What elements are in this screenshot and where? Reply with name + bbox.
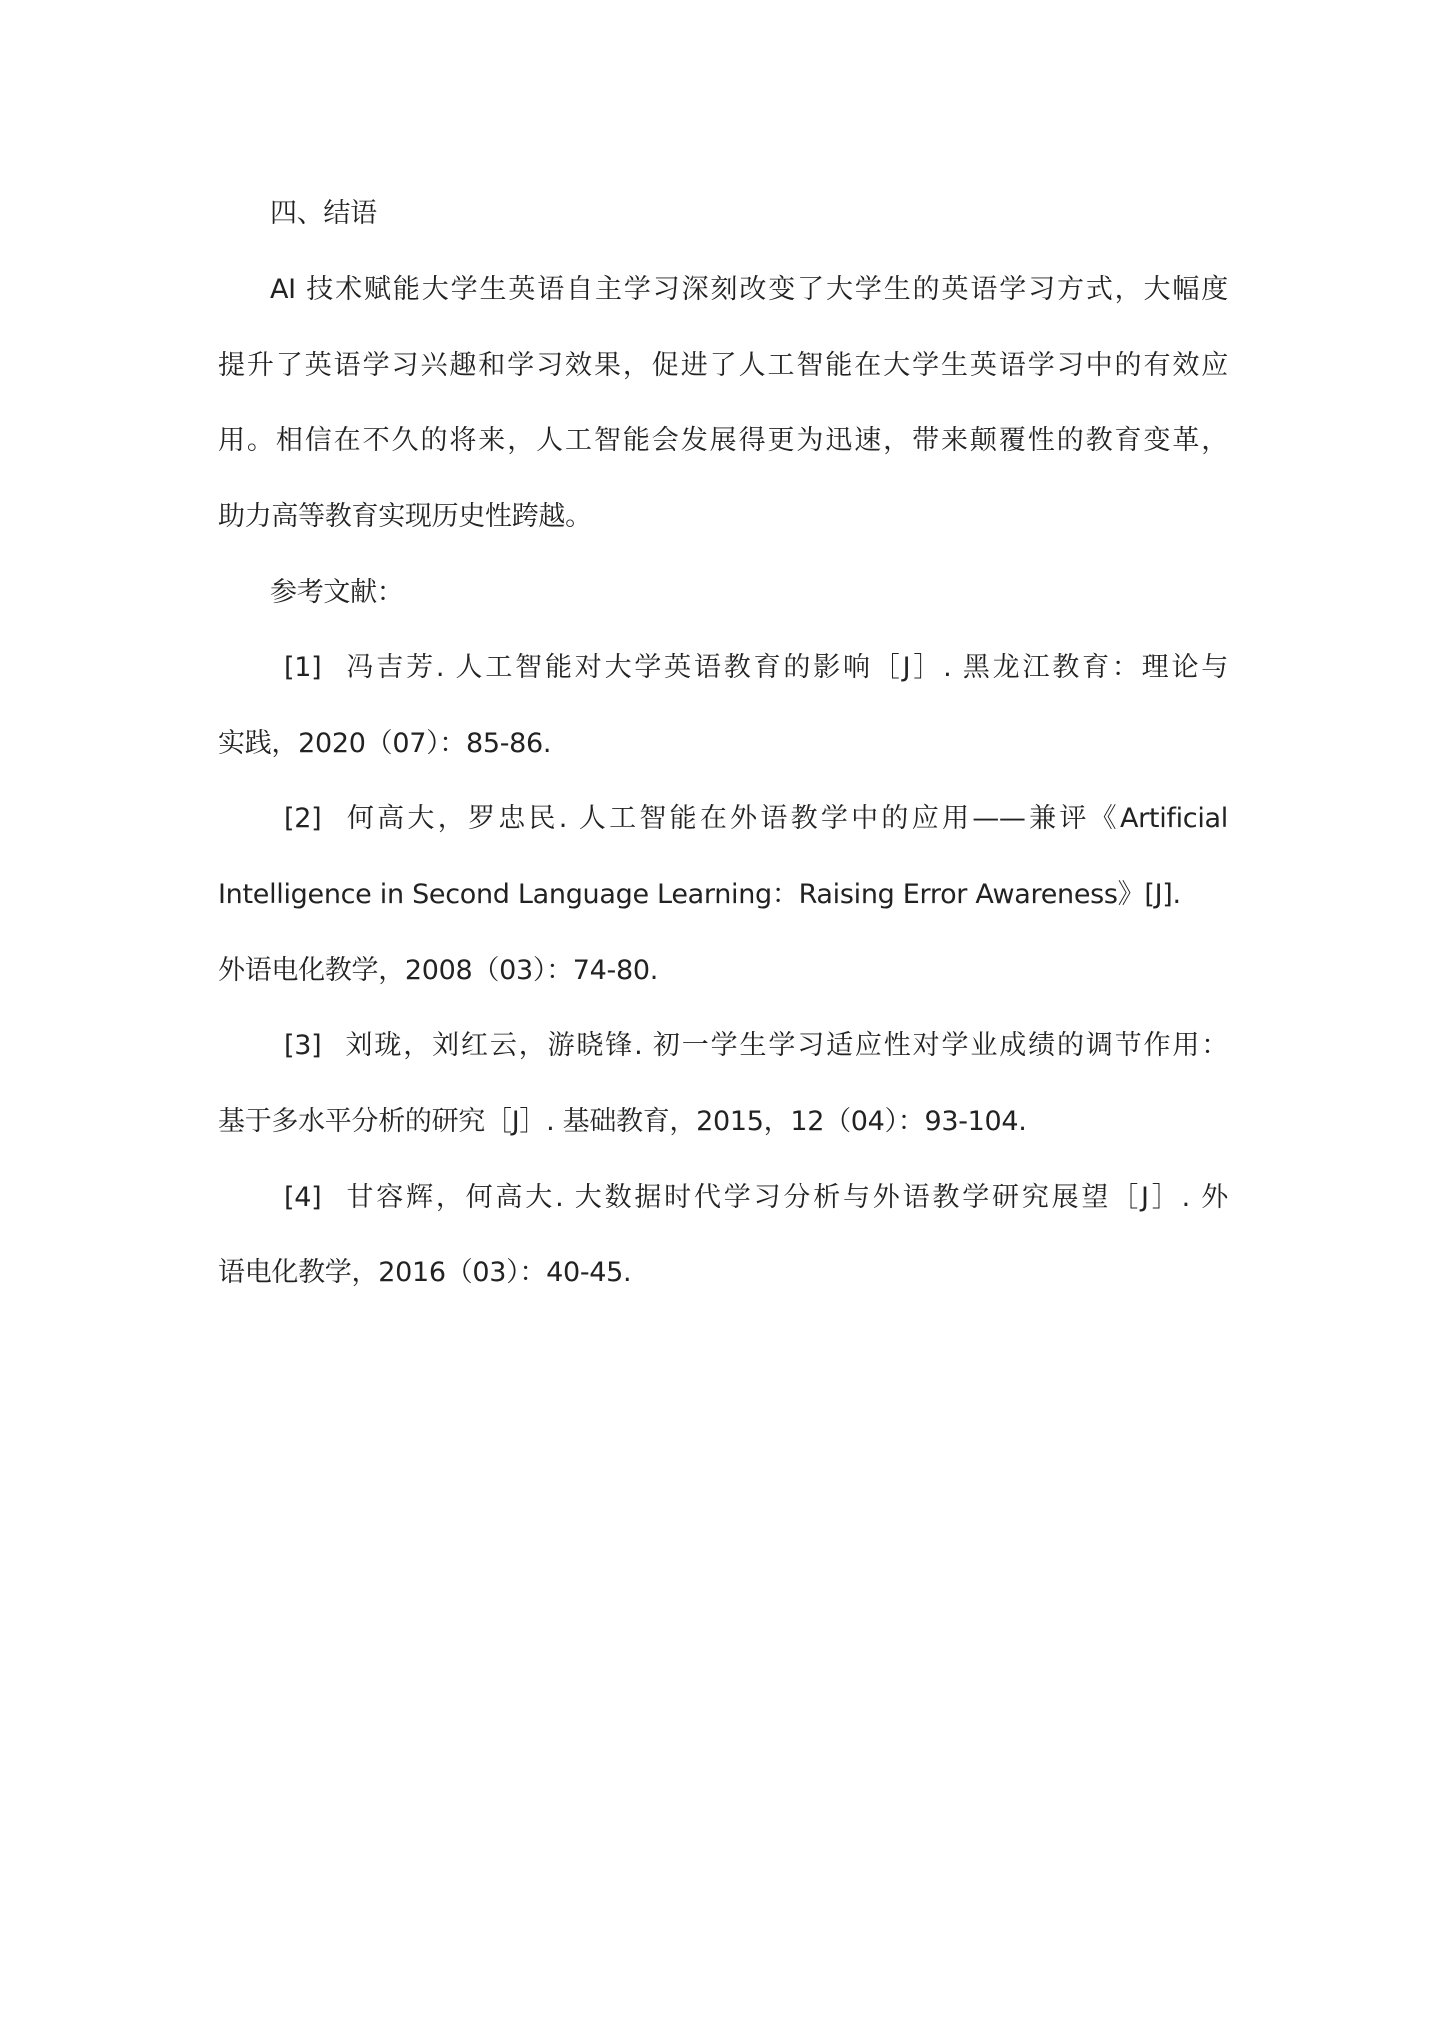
references-heading: 参考文献： bbox=[270, 575, 1228, 611]
reference-line: [4]甘容辉，何高大. 大数据时代学习分析与外语教学研究展望［J］. 外 bbox=[284, 1180, 1228, 1216]
reference-text: 刘珑，刘红云，游晓锋. 初一学生学习适应性对学业成绩的调节作用： bbox=[343, 1030, 1228, 1061]
reference-number: [4] bbox=[284, 1180, 321, 1216]
paragraph-line: 提升了英语学习兴趣和学习效果，促进了人工智能在大学生英语学习中的有效应 bbox=[218, 348, 1228, 384]
reference-line: [3]刘珑，刘红云，游晓锋. 初一学生学习适应性对学业成绩的调节作用： bbox=[284, 1028, 1228, 1064]
reference-text: 何高大，罗忠民. 人工智能在外语教学中的应用——兼评《Artificial bbox=[343, 803, 1228, 834]
reference-number: [1] bbox=[284, 650, 321, 686]
reference-text: 甘容辉，何高大. 大数据时代学习分析与外语教学研究展望［J］. 外 bbox=[343, 1182, 1228, 1213]
reference-line: 基于多水平分析的研究［J］. 基础教育，2015，12（04）：93-104. bbox=[218, 1104, 1228, 1140]
paragraph-line: 助力高等教育实现历史性跨越。 bbox=[218, 499, 1228, 535]
paragraph-line: 用。相信在不久的将来，人工智能会发展得更为迅速，带来颠覆性的教育变革， bbox=[218, 423, 1228, 459]
reference-number: [3] bbox=[284, 1028, 321, 1064]
section-heading: 四、结语 bbox=[270, 196, 1228, 232]
reference-text: 冯吉芳. 人工智能对大学英语教育的影响［J］. 黑龙江教育：理论与 bbox=[343, 652, 1228, 683]
reference-line: [1]冯吉芳. 人工智能对大学英语教育的影响［J］. 黑龙江教育：理论与 bbox=[284, 650, 1228, 686]
document-page: 四、结语 AI 技术赋能大学生英语自主学习深刻改变了大学生的英语学习方式，大幅度… bbox=[0, 0, 1440, 2036]
paragraph-line: AI 技术赋能大学生英语自主学习深刻改变了大学生的英语学习方式，大幅度 bbox=[270, 272, 1228, 308]
reference-line: 实践，2020（07）：85-86. bbox=[218, 726, 1228, 762]
reference-line: Intelligence in Second Language Learning… bbox=[218, 877, 1228, 913]
reference-line: [2]何高大，罗忠民. 人工智能在外语教学中的应用——兼评《Artificial bbox=[284, 801, 1228, 837]
reference-line: 语电化教学，2016（03）：40-45. bbox=[218, 1255, 1228, 1291]
reference-line: 外语电化教学，2008（03）：74-80. bbox=[218, 953, 1228, 989]
reference-number: [2] bbox=[284, 801, 321, 837]
